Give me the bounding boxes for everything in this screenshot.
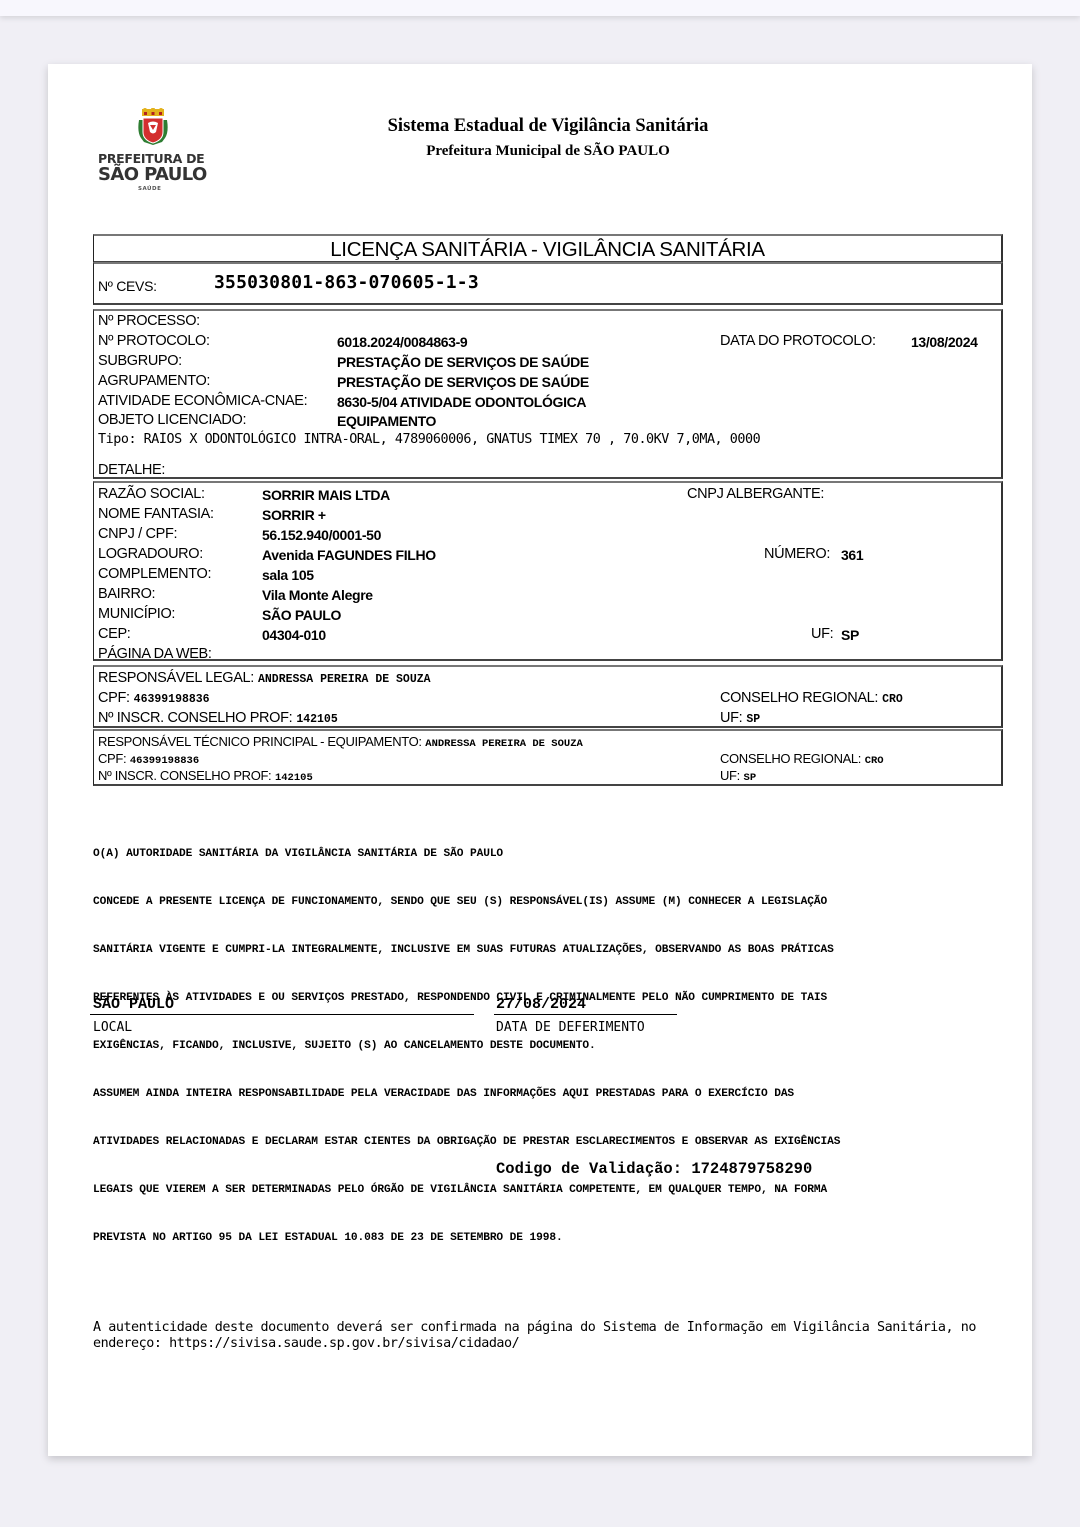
document-page: PREFEITURA DE SÃO PAULO SAÚDE Sistema Es… (48, 64, 1032, 1456)
legal-line: O(A) AUTORIDADE SANITÁRIA DA VIGILÂNCIA … (93, 846, 840, 862)
bairro-label: BAIRRO: (98, 586, 155, 602)
uf-value: SP (841, 627, 859, 643)
legal-inscr-value: 142105 (296, 713, 337, 726)
license-title-box: LICENÇA SANITÁRIA - VIGILÂNCIA SANITÁRIA (93, 234, 1003, 263)
uf-label: UF: (811, 626, 833, 642)
numero-value: 361 (841, 547, 863, 563)
technical-uf-label: UF: (720, 768, 740, 783)
subgrupo-label: SUBGRUPO: (98, 353, 182, 369)
complemento-label: COMPLEMENTO: (98, 566, 211, 582)
technical-responsible-name: ANDRESSA PEREIRA DE SOUZA (425, 738, 583, 750)
technical-cpf-value: 46399198836 (130, 755, 199, 767)
legal-line: LEGAIS QUE VIEREM A SER DETERMINADAS PEL… (93, 1182, 840, 1198)
technical-conselho-label: CONSELHO REGIONAL: (720, 751, 861, 766)
data-protocolo-value: 13/08/2024 (911, 334, 978, 350)
complemento-value: sala 105 (262, 567, 314, 583)
agrupamento-label: AGRUPAMENTO: (98, 373, 210, 389)
cnae-label: ATIVIDADE ECONÔMICA-CNAE: (98, 393, 307, 409)
equipment-type: Tipo: RAIOS X ODONTOLÓGICO INTRA-ORAL, 4… (98, 432, 760, 447)
process-box: Nº PROCESSO: Nº PROTOCOLO: 6018.2024/008… (93, 309, 1003, 479)
bairro-value: Vila Monte Alegre (262, 587, 373, 603)
viewer-top-bar (0, 0, 1080, 16)
logradouro-label: LOGRADOURO: (98, 546, 203, 562)
technical-responsible-box: RESPONSÁVEL TÉCNICO PRINCIPAL - EQUIPAME… (93, 729, 1003, 786)
numero-label: NÚMERO: (764, 546, 830, 562)
legal-cpf-value: 46399198836 (134, 693, 210, 706)
agrupamento-value: PRESTAÇÃO DE SERVIÇOS DE SAÚDE (337, 374, 589, 390)
legal-line: ASSUMEM AINDA INTEIRA RESPONSABILIDADE P… (93, 1086, 840, 1102)
technical-conselho-value: CRO (865, 755, 884, 767)
subgrupo-value: PRESTAÇÃO DE SERVIÇOS DE SAÚDE (337, 354, 589, 370)
cep-label: CEP: (98, 626, 130, 642)
cevs-value: 355030801-863-070605-1-3 (214, 272, 479, 293)
system-subtitle: Prefeitura Municipal de SÃO PAULO (248, 143, 848, 160)
legal-responsible-box: RESPONSÁVEL LEGAL: ANDRESSA PEREIRA DE S… (93, 665, 1003, 728)
web-label: PÁGINA DA WEB: (98, 646, 212, 662)
legal-conselho-value: CRO (882, 693, 903, 706)
local-value: SÃO PAULO (90, 996, 474, 1015)
fantasia-label: NOME FANTASIA: (98, 506, 214, 522)
system-title: Sistema Estadual de Vigilância Sanitária (248, 116, 848, 137)
logradouro-value: Avenida FAGUNDES FILHO (262, 547, 436, 563)
detalhe-label: DETALHE: (98, 462, 165, 478)
prefeitura-logo: PREFEITURA DE SÃO PAULO SAÚDE (98, 108, 210, 196)
fantasia-value: SORRIR + (262, 507, 326, 523)
objeto-value: EQUIPAMENTO (337, 413, 436, 429)
cep-value: 04304-010 (262, 627, 326, 643)
logo-line-saude: SAÚDE (138, 186, 161, 192)
legal-declaration: O(A) AUTORIDADE SANITÁRIA DA VIGILÂNCIA … (93, 814, 840, 1278)
legal-conselho-label: CONSELHO REGIONAL: (720, 690, 878, 706)
legal-uf-label: UF: (720, 710, 742, 726)
cnpj-value: 56.152.940/0001-50 (262, 527, 381, 543)
deferment-date-value: 27/08/2024 (494, 996, 677, 1015)
protocolo-value: 6018.2024/0084863-9 (337, 334, 467, 350)
razao-value: SORRIR MAIS LTDA (262, 487, 390, 503)
legal-line: EXIGÊNCIAS, FICANDO, INCLUSIVE, SUJEITO … (93, 1038, 840, 1054)
data-protocolo-label: DATA DO PROTOCOLO: (720, 333, 876, 349)
legal-inscr-label: Nº INSCR. CONSELHO PROF: (98, 710, 292, 726)
cevs-label: Nº CEVS: (98, 278, 157, 294)
technical-inscr-label: Nº INSCR. CONSELHO PROF: (98, 768, 271, 783)
technical-responsible-label: RESPONSÁVEL TÉCNICO PRINCIPAL - EQUIPAME… (98, 734, 422, 749)
establishment-box: RAZÃO SOCIAL: SORRIR MAIS LTDA CNPJ ALBE… (93, 481, 1003, 661)
processo-label: Nº PROCESSO: (98, 313, 200, 329)
city-coat-of-arms-icon (136, 108, 170, 148)
legal-responsible-name: ANDRESSA PEREIRA DE SOUZA (258, 673, 431, 686)
legal-line: PREVISTA NO ARTIGO 95 DA LEI ESTADUAL 10… (93, 1230, 840, 1246)
license-title: LICENÇA SANITÁRIA - VIGILÂNCIA SANITÁRIA (330, 238, 765, 261)
cnae-value: 8630-5/04 ATIVIDADE ODONTOLÓGICA (337, 394, 586, 410)
legal-uf-value: SP (746, 713, 760, 726)
cnpj-albergante-label: CNPJ ALBERGANTE: (687, 486, 824, 502)
authenticity-footer: A autenticidade deste documento deverá s… (93, 1320, 1008, 1352)
objeto-label: OBJETO LICENCIADO: (98, 412, 246, 428)
technical-inscr-value: 142105 (275, 772, 313, 784)
cnpj-label: CNPJ / CPF: (98, 526, 177, 542)
local-label: LOCAL (93, 1020, 132, 1035)
razao-label: RAZÃO SOCIAL: (98, 486, 205, 502)
cevs-box: Nº CEVS: 355030801-863-070605-1-3 (93, 262, 1003, 305)
legal-line: SANITÁRIA VIGENTE E CUMPRI-LA INTEGRALME… (93, 942, 840, 958)
municipio-value: SÃO PAULO (262, 607, 341, 623)
technical-uf-value: SP (744, 772, 757, 784)
legal-line: CONCEDE A PRESENTE LICENÇA DE FUNCIONAME… (93, 894, 840, 910)
municipio-label: MUNICÍPIO: (98, 606, 175, 622)
legal-responsible-label: RESPONSÁVEL LEGAL: (98, 670, 254, 686)
validation-code: Codigo de Validação: 1724879758290 (496, 1160, 812, 1178)
technical-cpf-label: CPF: (98, 751, 126, 766)
protocolo-label: Nº PROTOCOLO: (98, 333, 210, 349)
logo-line-sao-paulo: SÃO PAULO (98, 164, 207, 185)
legal-line: ATIVIDADES RELACIONADAS E DECLARAM ESTAR… (93, 1134, 840, 1150)
deferment-date-label: DATA DE DEFERIMENTO (496, 1020, 645, 1035)
legal-cpf-label: CPF: (98, 690, 130, 706)
